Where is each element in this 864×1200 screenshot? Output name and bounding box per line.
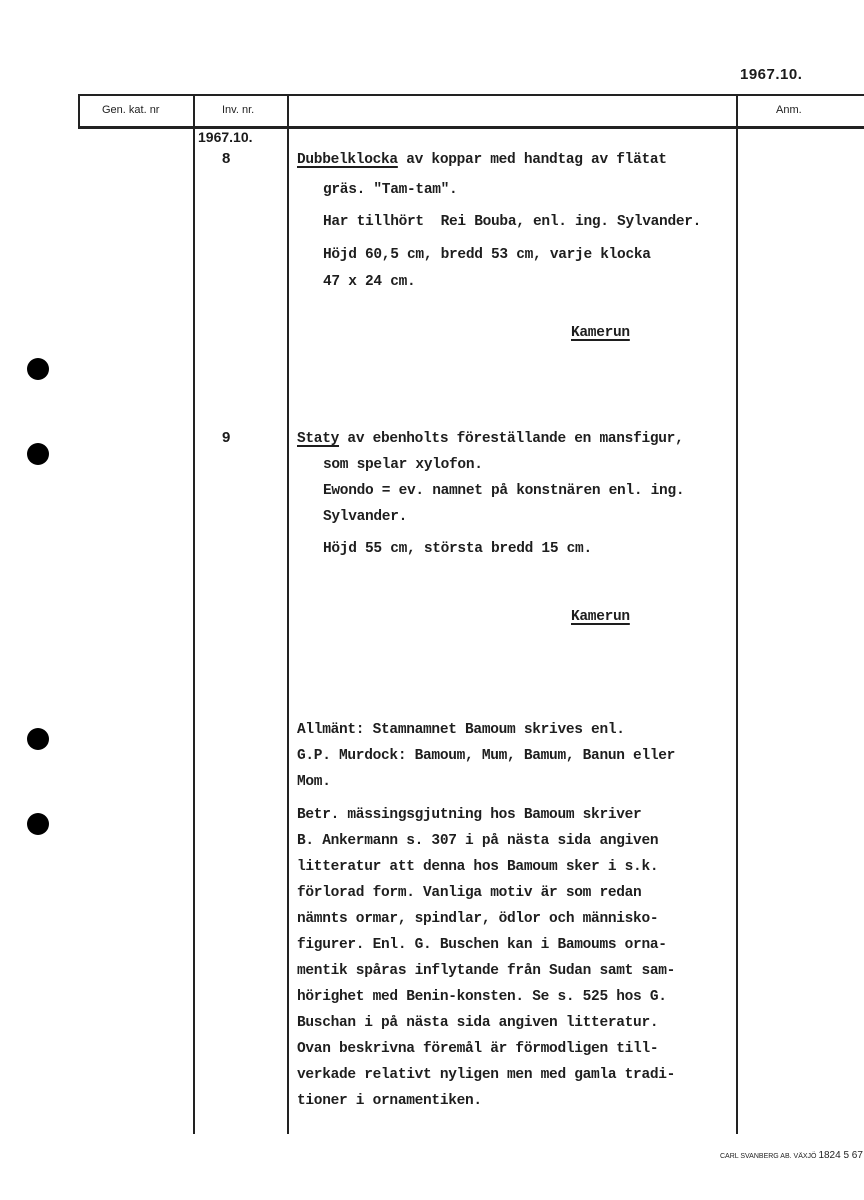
punch-hole [27, 443, 49, 465]
entry-line: Dubbelklocka av koppar med handtag av fl… [297, 152, 667, 168]
column-divider [736, 94, 738, 1134]
entry-line: Höjd 60,5 cm, bredd 53 cm, varje klocka [323, 247, 651, 263]
entry-line: gräs. "Tam-tam". [323, 182, 457, 198]
column-divider [193, 94, 195, 1134]
note-line: mentik spåras inflytande från Sudan samt… [297, 963, 675, 979]
region-label: Kamerun [571, 609, 630, 625]
column-header-gen-kat: Gen. kat. nr [102, 104, 159, 116]
note-line: verkade relativt nyligen men med gamla t… [297, 1067, 675, 1083]
note-line: Allmänt: Stamnamnet Bamoum skrives enl. [297, 722, 625, 738]
punch-hole [27, 813, 49, 835]
printer-name: CARL SVANBERG AB. VÄXJÖ [720, 1153, 816, 1160]
entry-line: Ewondo = ev. namnet på konstnären enl. i… [323, 483, 684, 499]
column-header-inv-nr: Inv. nr. [222, 104, 254, 116]
column-divider [287, 94, 289, 1134]
column-header-anm: Anm. [776, 104, 802, 116]
note-line: Ovan beskrivna föremål är förmodligen ti… [297, 1041, 658, 1057]
note-line: Buschan i på nästa sida angiven litterat… [297, 1015, 658, 1031]
column-divider [78, 94, 80, 128]
entry-line: Höjd 55 cm, största bredd 15 cm. [323, 541, 592, 557]
entry-title: Staty [297, 431, 339, 447]
note-line: B. Ankermann s. 307 i på nästa sida angi… [297, 833, 658, 849]
entry-line: Sylvander. [323, 509, 407, 525]
note-line: tioner i ornamentiken. [297, 1093, 482, 1109]
printer-footer: CARL SVANBERG AB. VÄXJÖ 1824 5 67 [720, 1150, 863, 1161]
table-top-border [78, 94, 864, 96]
note-line: figurer. Enl. G. Buschen kan i Bamoums o… [297, 937, 667, 953]
punch-hole [27, 358, 49, 380]
note-line: nämnts ormar, spindlar, ödlor och männis… [297, 911, 658, 927]
punch-hole [27, 728, 49, 750]
note-line: hörighet med Benin-konsten. Se s. 525 ho… [297, 989, 667, 1005]
catalog-card: 1967.10. Gen. kat. nr Inv. nr. Anm. 1967… [0, 0, 864, 1200]
inventory-year: 1967.10. [198, 129, 253, 145]
form-code: 1824 5 67 [818, 1150, 863, 1161]
entry-line: Staty av ebenholts föreställande en mans… [297, 431, 683, 447]
note-line: litteratur att denna hos Bamoum sker i s… [297, 859, 658, 875]
note-line: förlorad form. Vanliga motiv är som reda… [297, 885, 641, 901]
header-bottom-border [78, 126, 864, 129]
entry-line: 47 x 24 cm. [323, 274, 415, 290]
entry-title: Dubbelklocka [297, 152, 398, 168]
note-line: Mom. [297, 774, 331, 790]
region-label: Kamerun [571, 325, 630, 341]
note-line: G.P. Murdock: Bamoum, Mum, Bamum, Banun … [297, 748, 675, 764]
entry-line: som spelar xylofon. [323, 457, 483, 473]
entry-line: Har tillhört Rei Bouba, enl. ing. Sylvan… [323, 214, 701, 230]
note-line: Betr. mässingsgjutning hos Bamoum skrive… [297, 807, 641, 823]
inv-number: 8 [222, 150, 230, 167]
date-stamp: 1967.10. [740, 66, 802, 83]
inv-number: 9 [222, 429, 230, 446]
